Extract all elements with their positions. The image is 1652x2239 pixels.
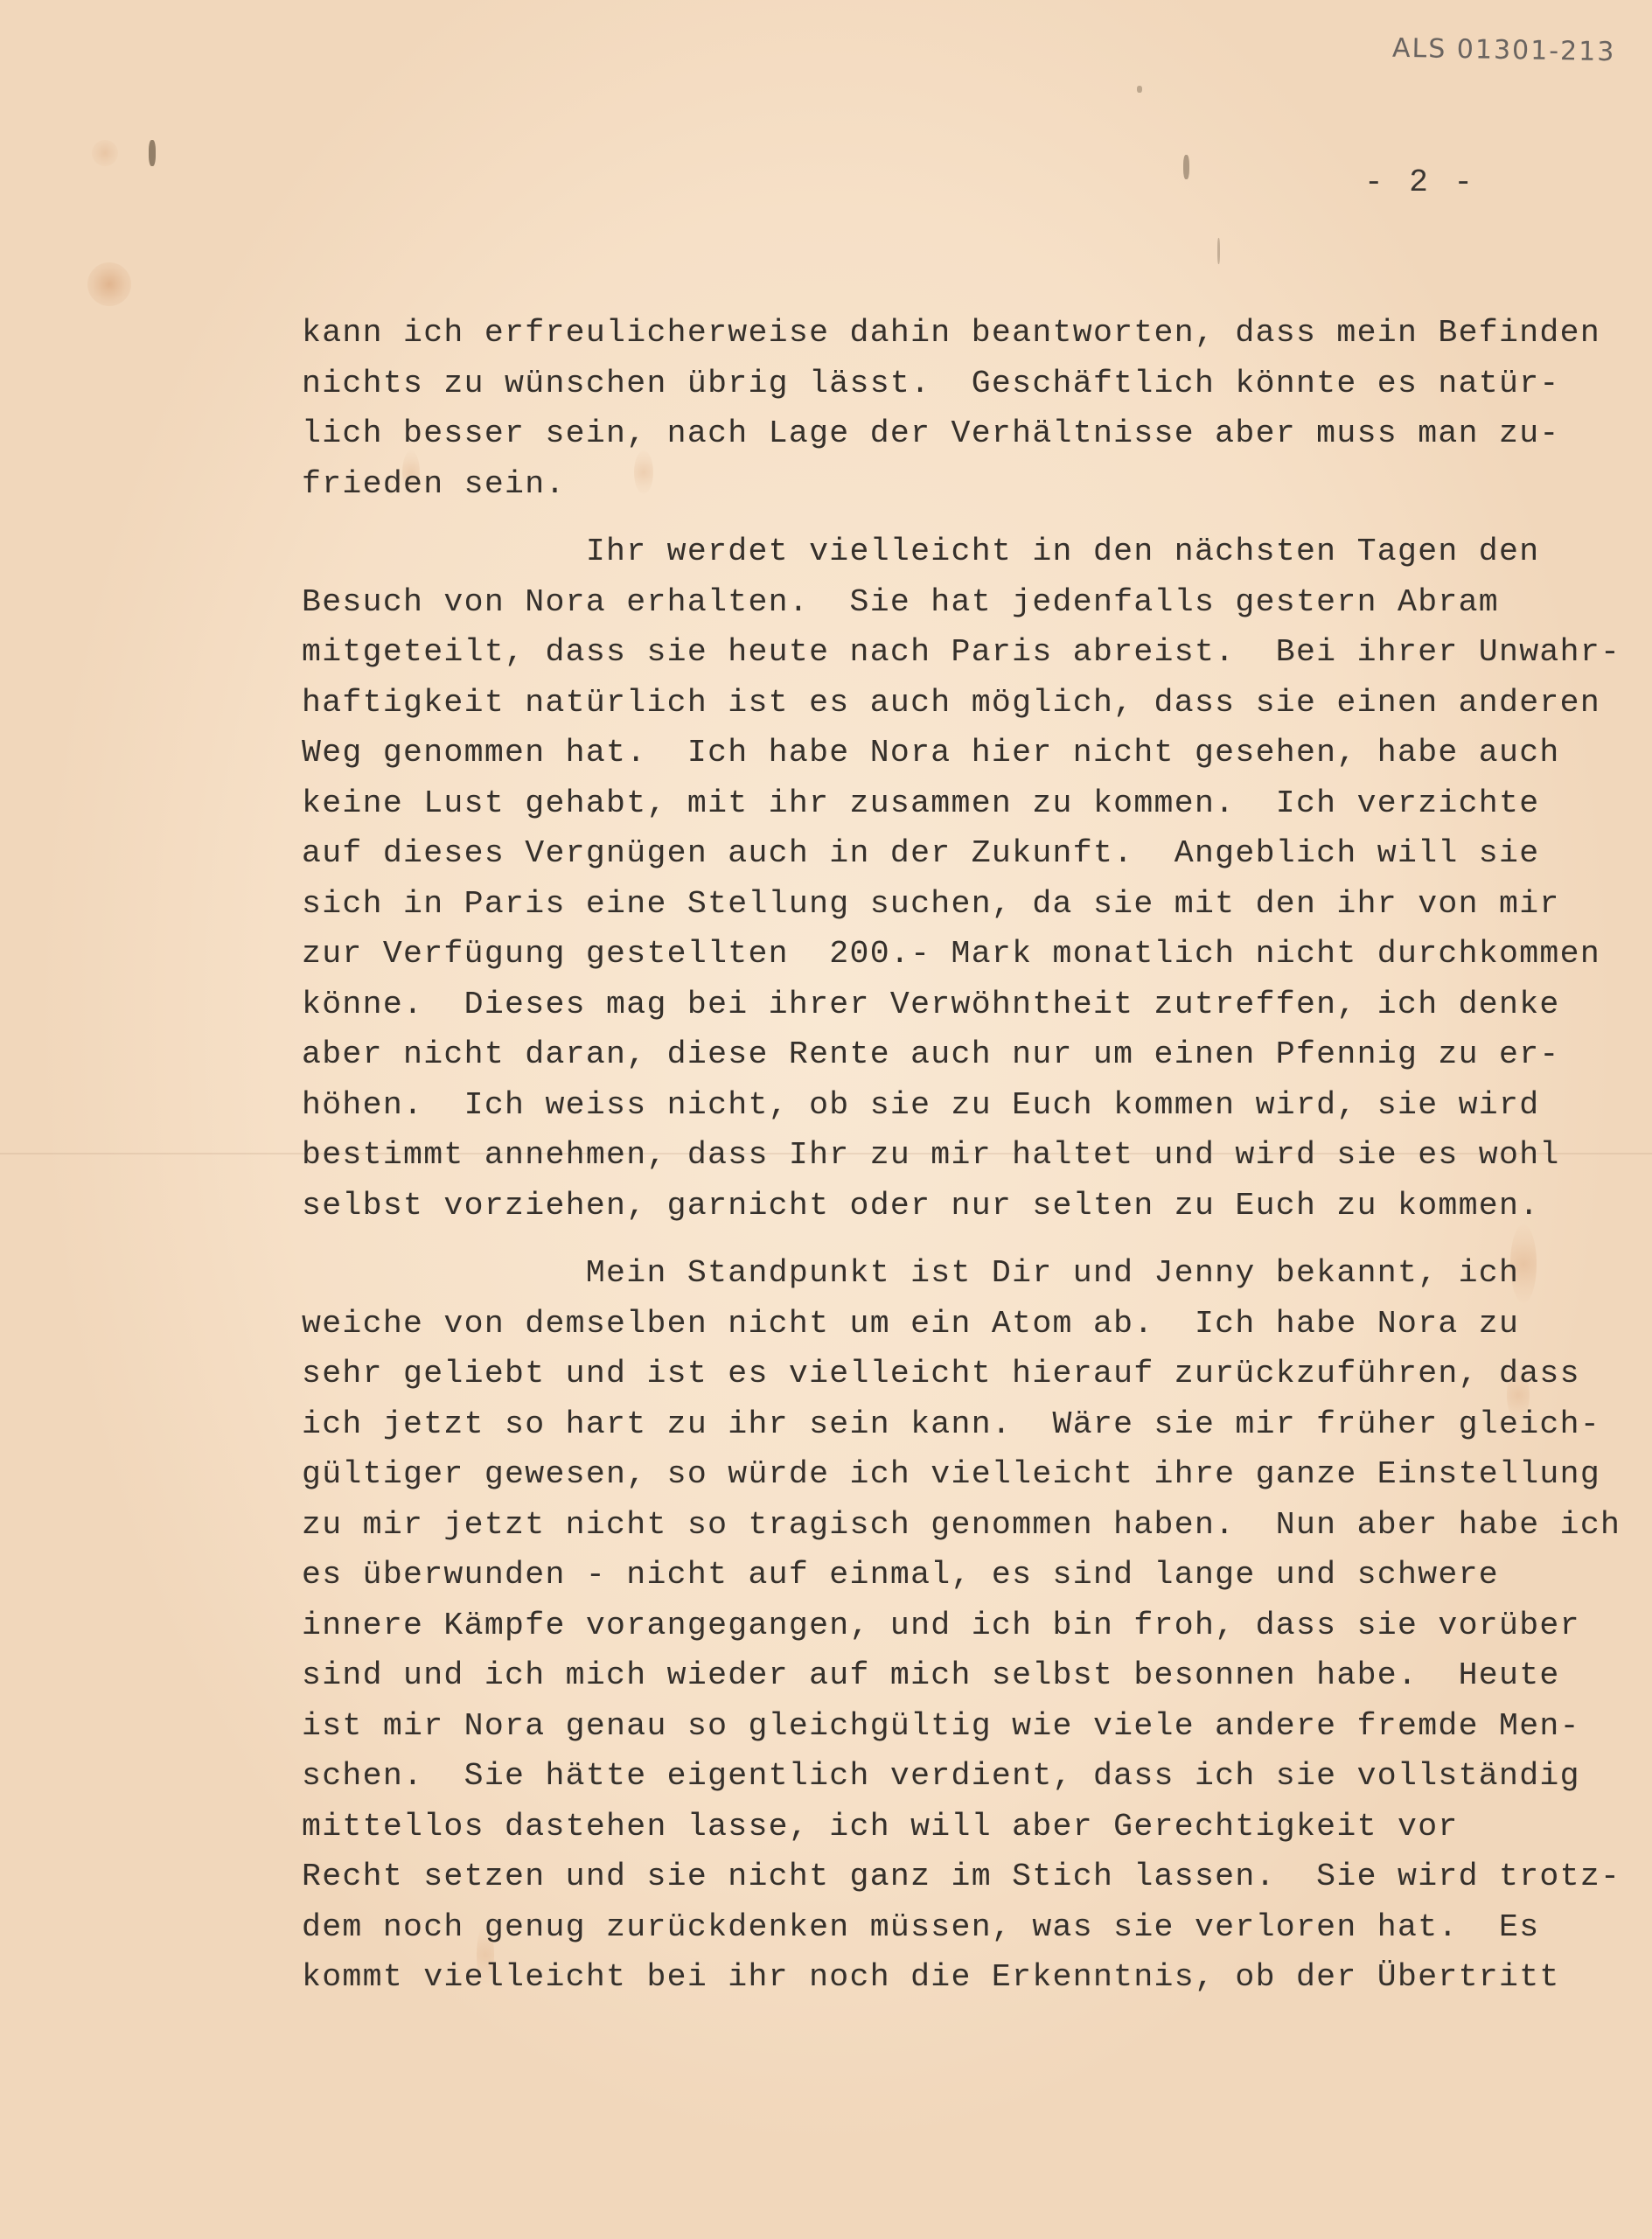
text-line: Weg genommen hat. Ich habe Nora hier nic… bbox=[302, 728, 1649, 778]
ink-speck bbox=[1217, 238, 1220, 264]
paper-stain bbox=[87, 262, 131, 306]
text-line: es überwunden - nicht auf einmal, es sin… bbox=[302, 1550, 1649, 1601]
paragraph-1: kann ich erfreulicherweise dahin beantwo… bbox=[302, 308, 1649, 509]
text-line: Mein Standpunkt ist Dir und Jenny bekann… bbox=[302, 1248, 1649, 1299]
text-line: zur Verfügung gestellten 200.- Mark mona… bbox=[302, 929, 1649, 980]
text-line: mitgeteilt, dass sie heute nach Paris ab… bbox=[302, 627, 1649, 678]
paragraph-gap bbox=[302, 509, 1649, 527]
text-line: könne. Dieses mag bei ihrer Verwöhntheit… bbox=[302, 980, 1649, 1030]
text-line: zu mir jetzt nicht so tragisch genommen … bbox=[302, 1500, 1649, 1551]
ink-speck bbox=[149, 140, 156, 166]
text-line: aber nicht daran, diese Rente auch nur u… bbox=[302, 1029, 1649, 1080]
letter-body: kann ich erfreulicherweise dahin beantwo… bbox=[302, 308, 1649, 2003]
text-line: keine Lust gehabt, mit ihr zusammen zu k… bbox=[302, 778, 1649, 829]
text-line: auf dieses Vergnügen auch in der Zukunft… bbox=[302, 828, 1649, 879]
text-line: Ihr werdet vielleicht in den nächsten Ta… bbox=[302, 527, 1649, 577]
text-line: mittellos dastehen lasse, ich will aber … bbox=[302, 1802, 1649, 1852]
text-line: sehr geliebt und ist es vielleicht hiera… bbox=[302, 1349, 1649, 1399]
page-number: - 2 - bbox=[1364, 164, 1476, 200]
paper-stain bbox=[92, 140, 118, 166]
text-line: frieden sein. bbox=[302, 459, 1649, 510]
text-line: ich jetzt so hart zu ihr sein kann. Wäre… bbox=[302, 1399, 1649, 1450]
text-line: weiche von demselben nicht um ein Atom a… bbox=[302, 1299, 1649, 1350]
text-line: bestimmt annehmen, dass Ihr zu mir halte… bbox=[302, 1130, 1649, 1181]
text-line: selbst vorziehen, garnicht oder nur selt… bbox=[302, 1181, 1649, 1231]
text-line: kommt vielleicht bei ihr noch die Erkenn… bbox=[302, 1952, 1649, 2003]
ink-speck bbox=[1137, 86, 1142, 93]
text-line: ist mir Nora genau so gleichgültig wie v… bbox=[302, 1701, 1649, 1752]
text-line: sich in Paris eine Stellung suchen, da s… bbox=[302, 879, 1649, 930]
paragraph-gap bbox=[302, 1231, 1649, 1248]
text-line: kann ich erfreulicherweise dahin beantwo… bbox=[302, 308, 1649, 359]
text-line: dem noch genug zurückdenken müssen, was … bbox=[302, 1902, 1649, 1953]
text-line: sind und ich mich wieder auf mich selbst… bbox=[302, 1650, 1649, 1701]
text-line: gültiger gewesen, so würde ich vielleich… bbox=[302, 1449, 1649, 1500]
archive-reference: ALS 01301-213 bbox=[1392, 33, 1616, 67]
paragraph-3: Mein Standpunkt ist Dir und Jenny bekann… bbox=[302, 1248, 1649, 2003]
text-line: Besuch von Nora erhalten. Sie hat jedenf… bbox=[302, 577, 1649, 628]
text-line: höhen. Ich weiss nicht, ob sie zu Euch k… bbox=[302, 1080, 1649, 1131]
text-line: schen. Sie hätte eigentlich verdient, da… bbox=[302, 1751, 1649, 1802]
text-line: lich besser sein, nach Lage der Verhältn… bbox=[302, 408, 1649, 459]
text-line: innere Kämpfe vorangegangen, und ich bin… bbox=[302, 1601, 1649, 1651]
text-line: Recht setzen und sie nicht ganz im Stich… bbox=[302, 1852, 1649, 1902]
ink-speck bbox=[1183, 155, 1189, 179]
paragraph-2: Ihr werdet vielleicht in den nächsten Ta… bbox=[302, 527, 1649, 1231]
text-line: haftigkeit natürlich ist es auch möglich… bbox=[302, 678, 1649, 729]
text-line: nichts zu wünschen übrig lässt. Geschäft… bbox=[302, 359, 1649, 409]
